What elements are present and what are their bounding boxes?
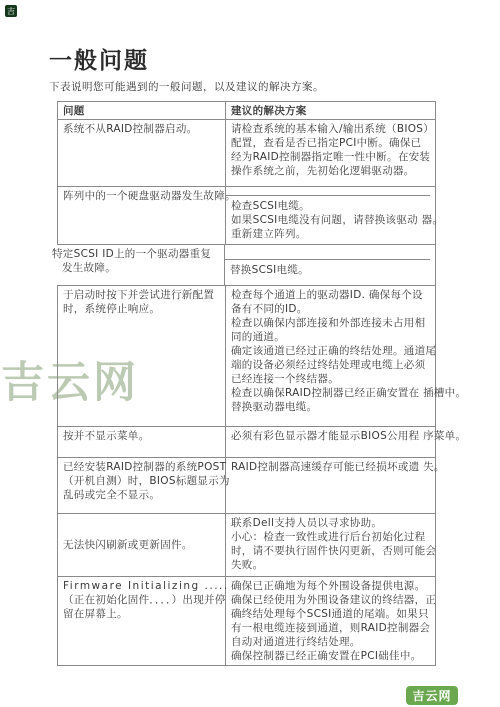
solution-line: 时，请不要执行固件快闪更新，否则可能会 (231, 544, 430, 558)
problem-line: 于启动时按下并尝试进行新配置 (63, 288, 220, 302)
problem-cell: 于启动时按下并尝试进行新配置时，系统停止响应。 (58, 286, 226, 426)
table-row: Firmware Initializing .....（正在初始化固件．．．．）… (57, 576, 435, 665)
column-header-solution: 建议的解决方案 (226, 102, 435, 119)
solution-line: 确保已经使用为外围设备建议的终结器，正 (231, 593, 430, 607)
problem-line: 时，系统停止响应。 (63, 302, 220, 316)
table-row: 阵列中的一个硬盘驱动器发生故障。检查SCSI电缆。如果SCSI电缆没有问题，请替… (57, 186, 435, 244)
table-header-row: 问题 建议的解决方案 (57, 102, 435, 119)
solution-text-block: RAID控制器高速缓存可能已经损坏或遗 失。 (231, 460, 430, 474)
solution-line: 确保已正确地为每个外围设备提供电源。 (231, 579, 430, 593)
solution-line: 替换SCSI电缆。 (230, 263, 430, 277)
solution-line: 重新建立阵列。 (231, 227, 430, 241)
problem-line: 乱码或完全不显示。 (63, 488, 220, 502)
page-title: 一般问题 (49, 42, 149, 75)
solution-line: 检查每个通道上的驱动器ID. 确保每个设 (231, 288, 430, 302)
solution-line: 端的设备必须经过终结处理或电缆上必须 (231, 358, 430, 372)
problem-line: Firmware Initializing ..... (63, 579, 220, 593)
watermark-badge: 吉云网 (406, 686, 458, 705)
solution-cell: 替换SCSI电缆。 (225, 245, 435, 285)
problem-line: 留在屏幕上。 (63, 607, 220, 621)
solution-cell: 联系Dell支持人员以寻求协助。小心：检查一致性或进行后台初始化过程时，请不要执… (226, 514, 435, 576)
solution-line: 检查SCSI电缆。 (231, 199, 430, 213)
problem-cell: 阵列中的一个硬盘驱动器发生故障。 (58, 187, 226, 244)
solution-cell: 检查SCSI电缆。如果SCSI电缆没有问题，请替换该驱动 器。重新建立阵列。 (226, 187, 435, 244)
problem-cell: 无法快闪刷新或更新固件。 (58, 514, 226, 576)
solution-text-block: 确保已正确地为每个外围设备提供电源。确保已经使用为外围设备建议的终结器，正确终结… (231, 579, 430, 663)
intro-text: 下表说明您可能遇到的一般问题，以及建议的解决方案。 (49, 79, 324, 94)
problem-cell: Firmware Initializing .....（正在初始化固件．．．．）… (58, 577, 226, 665)
solution-line: 替换驱动器电缆。 (231, 400, 430, 414)
solution-line: 检查以确保内部连接和外部连接未占用相 (231, 316, 430, 330)
problem-line: （开机自测）时，BIOS标题显示为 (63, 474, 220, 488)
solution-text-block: 检查SCSI电缆。如果SCSI电缆没有问题，请替换该驱动 器。重新建立阵列。 (226, 195, 430, 241)
table-row: 特定SCSI ID上的一个驱动器重复发生故障。替换SCSI电缆。 (57, 244, 435, 285)
problem-cell: 特定SCSI ID上的一个驱动器重复发生故障。 (57, 245, 225, 285)
solution-cell: 确保已正确地为每个外围设备提供电源。确保已经使用为外围设备建议的终结器，正确终结… (226, 577, 435, 665)
solution-line: 操作系统之前，先初始化逻辑驱动器。 (231, 164, 430, 178)
solution-text-block: 检查每个通道上的驱动器ID. 确保每个设备有不同的ID。检查以确保内部连接和外部… (231, 288, 430, 414)
table-row: 无法快闪刷新或更新固件。联系Dell支持人员以寻求协助。小心：检查一致性或进行后… (57, 513, 435, 576)
solution-cell: RAID控制器高速缓存可能已经损坏或遗 失。 (226, 458, 435, 513)
problem-cell: 系统不从RAID控制器启动。 (58, 120, 226, 186)
solution-line: 确保控制器已经正确安置在PCI础佳中。 (231, 649, 430, 663)
problem-cell: 按并不显示菜单。 (58, 427, 226, 457)
column-header-problem: 问题 (58, 102, 226, 119)
solution-line: 小心：检查一致性或进行后台初始化过程 (231, 530, 430, 544)
solution-cell: 检查每个通道上的驱动器ID. 确保每个设备有不同的ID。检查以确保内部连接和外部… (226, 286, 435, 426)
solution-line: RAID控制器高速缓存可能已经损坏或遗 失。 (231, 460, 430, 474)
problem-cell: 已经安装RAID控制器的系统POST（开机自测）时，BIOS标题显示为乱码或完全… (58, 458, 226, 513)
solution-line: 同的通道。 (231, 330, 430, 344)
document-page: 吉 一般问题 下表说明您可能遇到的一般问题，以及建议的解决方案。 吉云网 问题 … (0, 0, 500, 707)
solution-line: 联系Dell支持人员以寻求协助。 (231, 516, 430, 530)
problem-line: 系统不从RAID控制器启动。 (63, 122, 220, 136)
problem-line: （正在初始化固件．．．．）出现并停 (63, 593, 220, 607)
solution-line: 备有不同的ID。 (231, 302, 430, 316)
table-row: 于启动时按下并尝试进行新配置时，系统停止响应。检查每个通道上的驱动器ID. 确保… (57, 285, 435, 426)
solution-line: 必须有彩色显示器才能显示BIOS公用程 序菜单。 (231, 429, 430, 443)
problem-line: 无法快闪刷新或更新固件。 (63, 538, 220, 552)
solution-line: 经为RAID控制器指定唯一性中断。在安装 (231, 150, 430, 164)
problem-line: 特定SCSI ID上的一个驱动器重复 (52, 247, 219, 261)
solution-line: 请检查系统的基本输入/输出系统（BIOS） (231, 122, 430, 136)
solution-line: 确定该通道已经过正确的终结处理。通道尾 (231, 344, 430, 358)
solution-line: 自动对通道进行终结处理。 (231, 635, 430, 649)
solution-text-block: 请检查系统的基本输入/输出系统（BIOS）配置，查看是否已指定PCI中断。确保已… (231, 122, 430, 178)
problem-line: 已经安装RAID控制器的系统POST (63, 460, 220, 474)
solution-line: 如果SCSI电缆没有问题，请替换该驱动 器。 (231, 213, 430, 227)
solution-text-block: 必须有彩色显示器才能显示BIOS公用程 序菜单。 (231, 429, 430, 443)
problem-line: 按并不显示菜单。 (63, 429, 220, 443)
problem-line: 发生故障。 (62, 261, 219, 275)
solution-line: 已经连接一个终结器。 (231, 372, 430, 386)
watermark-corner-icon: 吉 (5, 5, 17, 17)
solution-cell: 必须有彩色显示器才能显示BIOS公用程 序菜单。 (226, 427, 435, 457)
table-row: 系统不从RAID控制器启动。请检查系统的基本输入/输出系统（BIOS）配置，查看… (57, 119, 435, 186)
solution-line: 有一根电缆连接到通道，则RAID控制器会 (231, 621, 430, 635)
solution-text-block: 联系Dell支持人员以寻求协助。小心：检查一致性或进行后台初始化过程时，请不要执… (231, 516, 430, 572)
solution-text-block: 替换SCSI电缆。 (225, 259, 430, 277)
problem-line: 阵列中的一个硬盘驱动器发生故障。 (63, 189, 220, 203)
table-row: 按并不显示菜单。必须有彩色显示器才能显示BIOS公用程 序菜单。 (57, 426, 435, 457)
table-row: 已经安装RAID控制器的系统POST（开机自测）时，BIOS标题显示为乱码或完全… (57, 457, 435, 513)
problems-table: 问题 建议的解决方案 系统不从RAID控制器启动。请检查系统的基本输入/输出系统… (57, 101, 436, 666)
solution-line: 失败。 (231, 558, 430, 572)
solution-line: 确终结处理每个SCSI通道的尾端。如果只 (231, 607, 430, 621)
solution-cell: 请检查系统的基本输入/输出系统（BIOS）配置，查看是否已指定PCI中断。确保已… (226, 120, 435, 186)
solution-line: 配置，查看是否已指定PCI中断。确保已 (231, 136, 430, 150)
solution-line: 检查以确保RAID控制器已经正确安置在 插槽中。 (231, 386, 430, 400)
